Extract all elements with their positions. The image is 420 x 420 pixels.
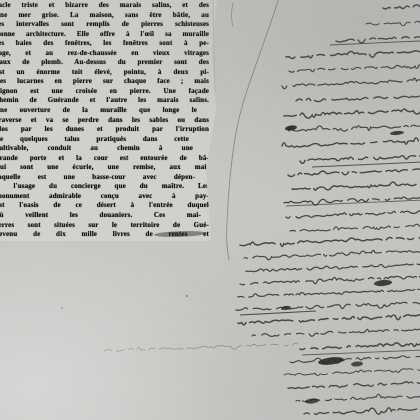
handwriting-line (288, 382, 420, 389)
ink-blob (374, 279, 392, 287)
handwriting-line (236, 302, 420, 310)
pen-curve-stroke (227, 0, 279, 260)
ink-blobs (154, 125, 404, 405)
handwriting-line (282, 138, 420, 147)
manuscript-photo: tacle triste et bizarre des marais salin… (0, 0, 420, 420)
pen-curve-branch (232, 3, 234, 27)
underline-stroke (302, 350, 420, 355)
handwriting-line (383, 5, 420, 9)
handwriting-line (286, 211, 420, 218)
paper-speck (186, 295, 188, 297)
handwriting-line (366, 19, 420, 26)
handwriting-line (289, 64, 420, 72)
handwriting-line (290, 224, 420, 231)
handwriting-line (288, 169, 420, 177)
handwriting-line (300, 343, 420, 350)
ink-blob (351, 361, 363, 367)
paper-specks (61, 295, 188, 309)
clipping-crease (213, 0, 215, 92)
ink-smudge (154, 230, 206, 237)
handwriting-line (252, 328, 420, 336)
handwriting-line (244, 251, 420, 260)
handwriting-line (238, 315, 420, 325)
handwriting-line (296, 96, 420, 102)
handwriting-line (282, 78, 420, 89)
handwriting-line (246, 263, 420, 272)
ink-blob (390, 130, 404, 135)
handwriting-line (284, 109, 420, 118)
handwriting-line (304, 408, 420, 415)
handwriting-line (289, 125, 420, 131)
handwriting-line (286, 51, 420, 59)
strikethrough-stroke (240, 311, 316, 315)
handwriting-line (240, 276, 420, 285)
pencil-insertion-line (104, 343, 298, 351)
handwriting-line (292, 182, 420, 190)
ink-blob (318, 356, 345, 366)
handwriting-line (240, 236, 420, 246)
ink-blob (305, 398, 319, 404)
handwriting-line (238, 289, 420, 297)
paper-speck (61, 307, 63, 309)
handwriting-underlines (240, 41, 420, 355)
handwriting-line (300, 156, 420, 164)
ink-blob (281, 305, 291, 310)
ink-blob (285, 125, 298, 132)
handwriting-lines (104, 5, 420, 415)
handwriting-line (284, 369, 420, 376)
underline-stroke (312, 162, 420, 167)
handwriting-overlay (0, 0, 420, 420)
